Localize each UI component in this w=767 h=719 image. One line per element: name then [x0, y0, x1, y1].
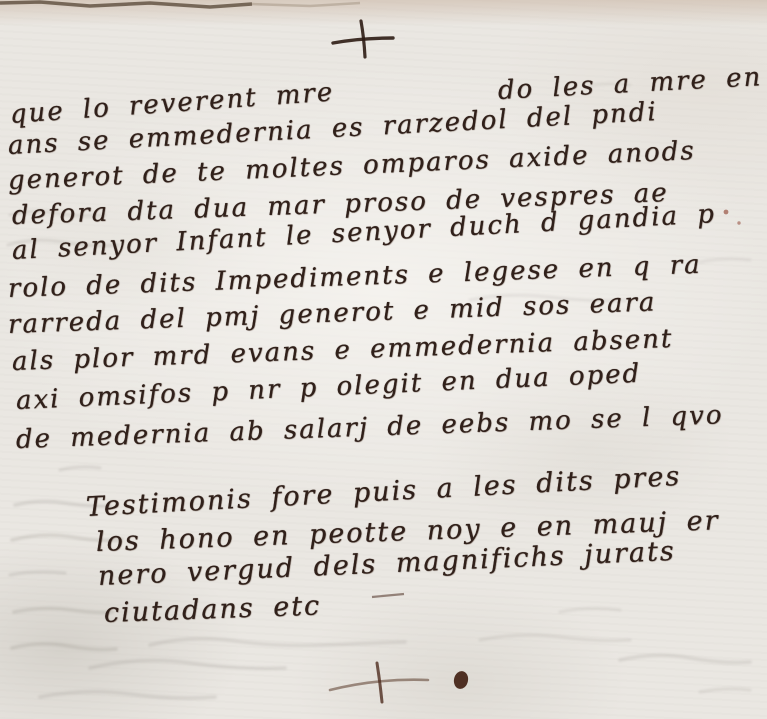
manuscript-line: ciutadans etc — [103, 590, 321, 629]
manuscript-page: que lo reverent mre do les a mre en ans … — [0, 0, 767, 719]
